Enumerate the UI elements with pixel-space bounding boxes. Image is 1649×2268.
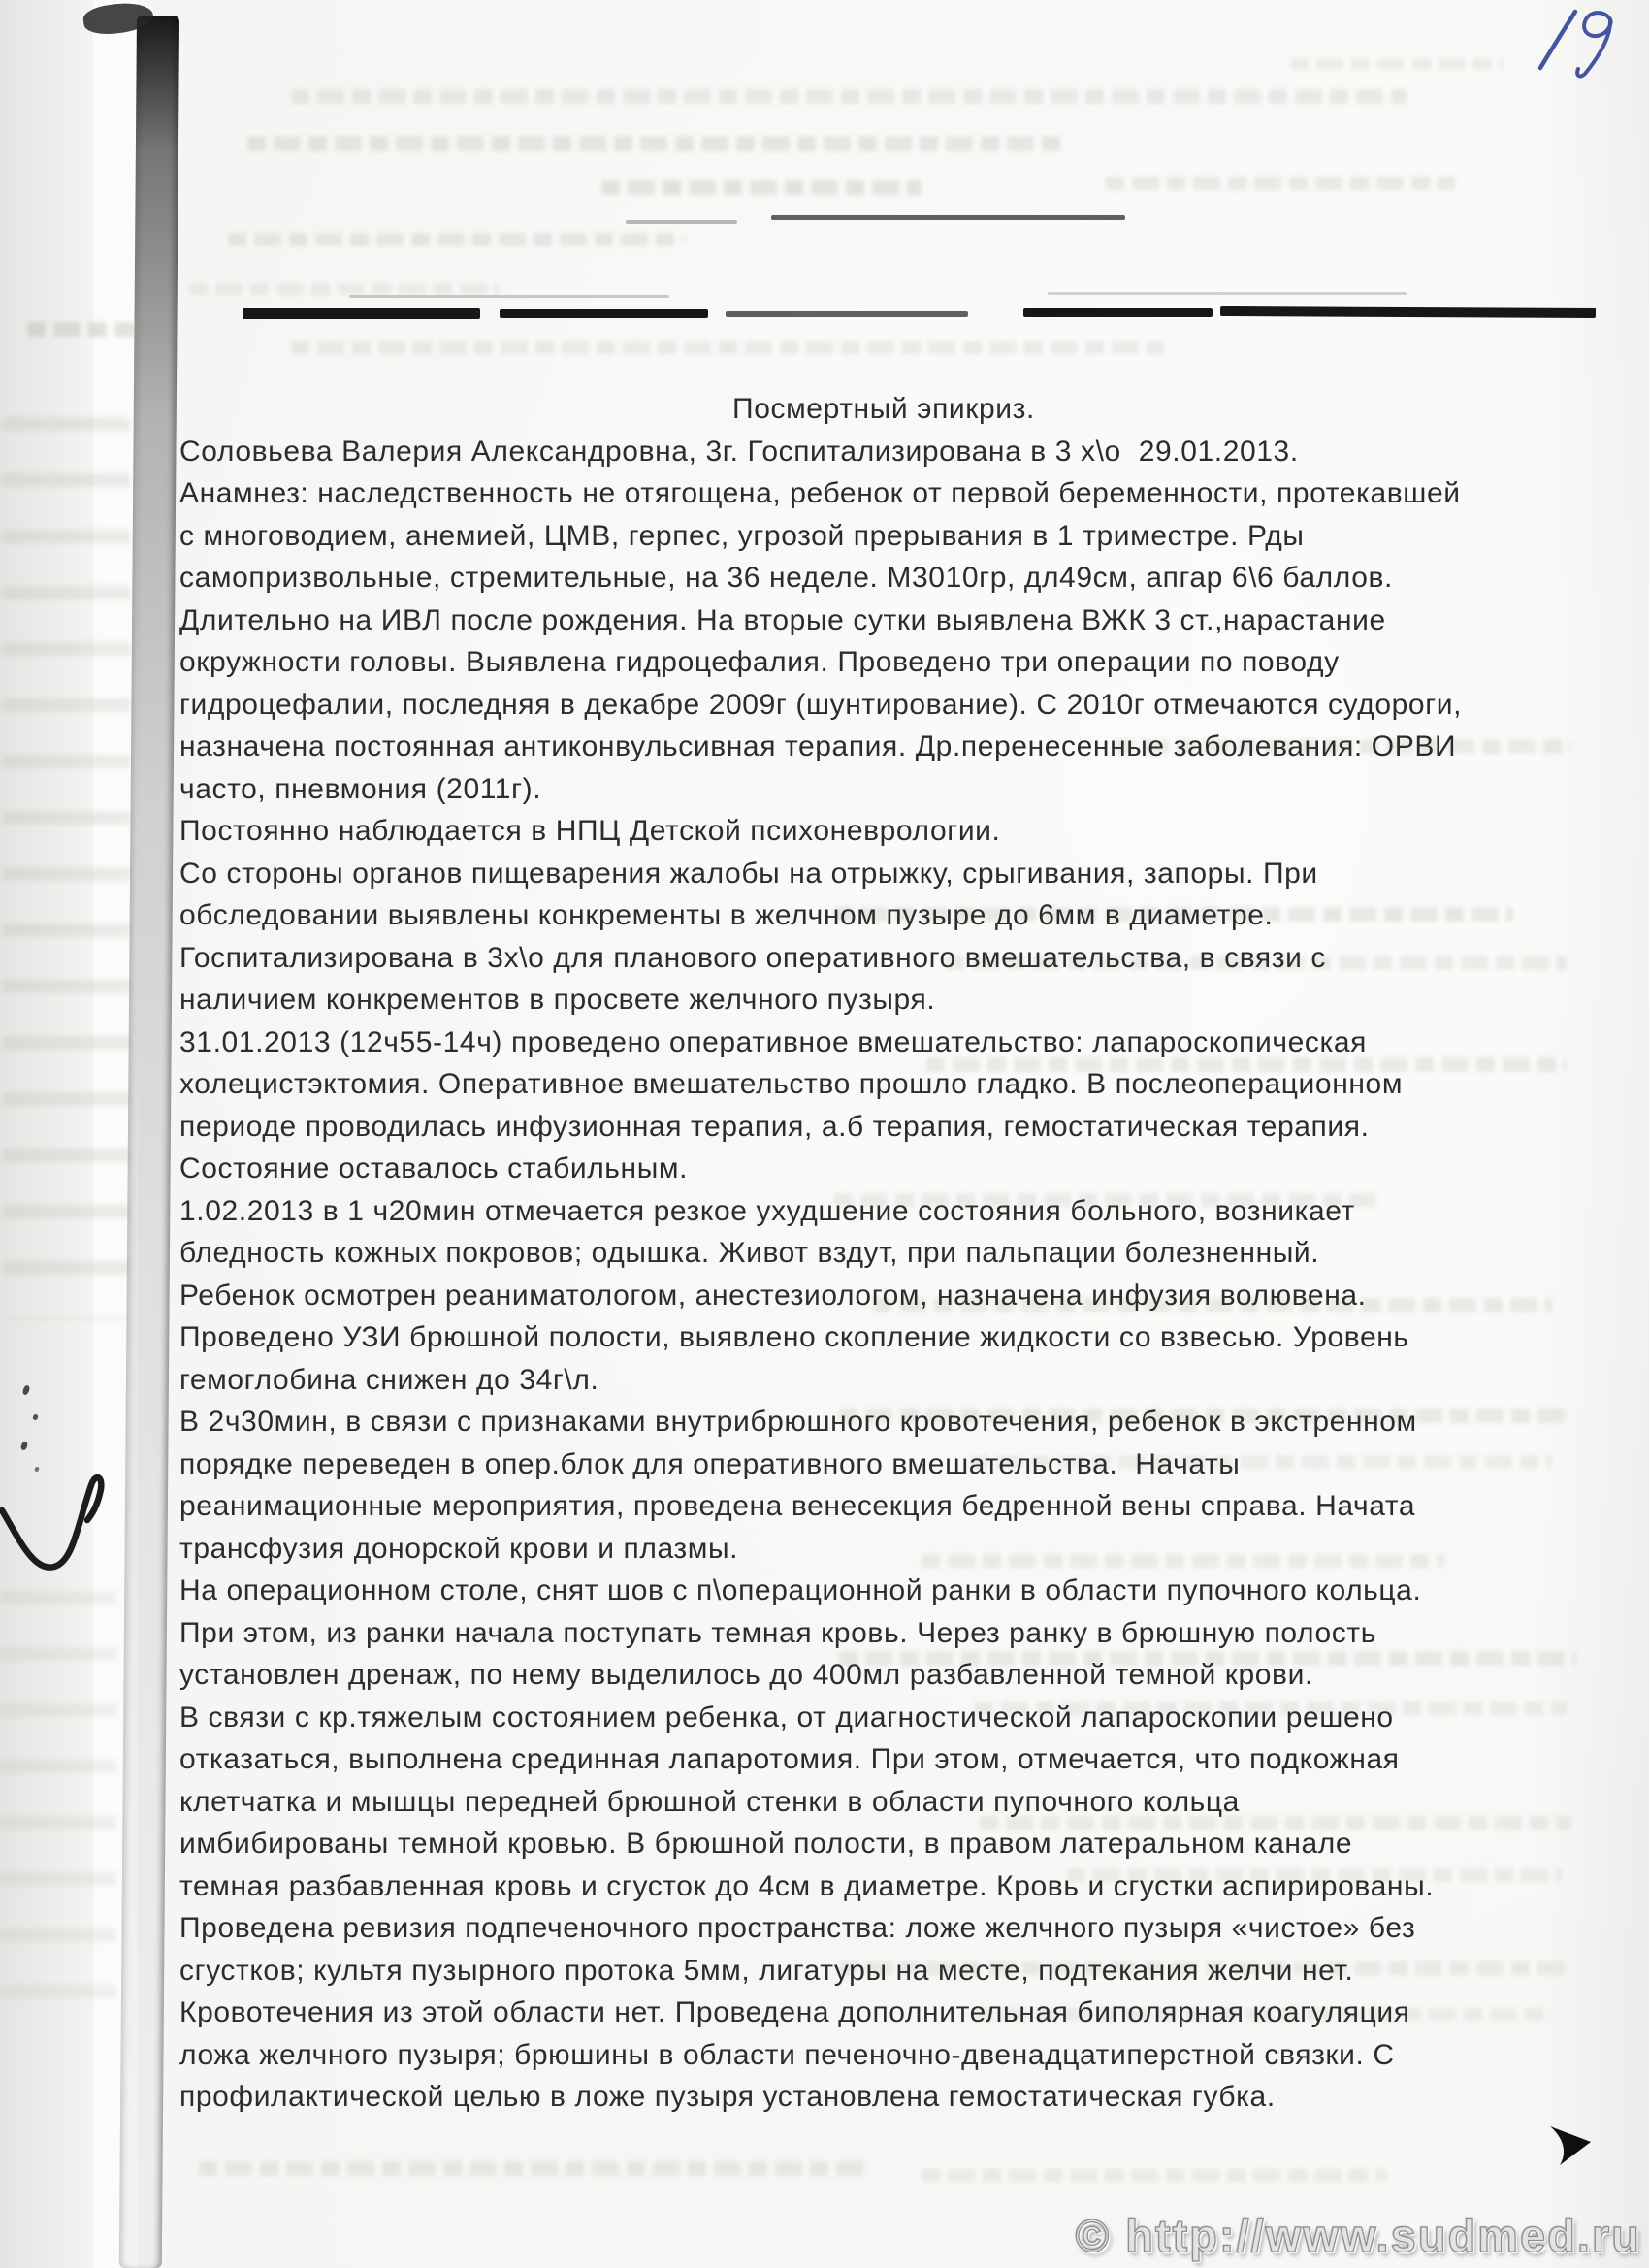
scanner-line-artifact [349, 295, 669, 298]
text-line: гидроцефалии, последняя в декабре 2009г … [179, 684, 1588, 727]
bleedthrough-smudge [921, 2169, 1387, 2182]
text-line: Ребенок осмотрен реаниматологом, анестез… [179, 1275, 1588, 1317]
text-line: 31.01.2013 (12ч55-14ч) проведено операти… [179, 1021, 1588, 1064]
text-line: клетчатка и мышцы передней брюшной стенк… [179, 1781, 1588, 1824]
scanner-line-artifact [500, 309, 708, 318]
text-line: Соловьева Валерия Александровна, 3г. Гос… [179, 431, 1588, 473]
handwritten-mark-stroke [0, 1460, 126, 1586]
bleedthrough-smudge [199, 2161, 868, 2176]
text-line: бледность кожных покровов; одышка. Живот… [179, 1232, 1588, 1275]
text-line: гемоглобина снижен до 34г\л. [179, 1359, 1588, 1402]
text-line: При этом, из ранки начала поступать темн… [179, 1612, 1588, 1655]
scanner-line-artifact [626, 220, 737, 224]
scanner-line-artifact [242, 308, 480, 319]
text-line: порядке переведен в опер.блок для операт… [179, 1443, 1588, 1486]
text-line: Анамнез: наследственность не отягощена, … [179, 472, 1588, 515]
text-line: 1.02.2013 в 1 ч20мин отмечается резкое у… [179, 1190, 1588, 1233]
scanner-line-artifact [1220, 306, 1596, 318]
text-line: Со стороны органов пищеварения жалобы на… [179, 853, 1588, 895]
text-line: обследовании выявлены конкременты в желч… [179, 894, 1588, 937]
text-line: периоде проводилась инфузионная терапия,… [179, 1106, 1588, 1149]
document-title: Посмертный эпикриз. [179, 388, 1588, 431]
text-line: установлен дренаж, по нему выделилось до… [179, 1654, 1588, 1697]
text-line: В 2ч30мин, в связи с признаками внутрибр… [179, 1401, 1588, 1443]
scanned-document-page: Посмертный эпикриз. Соловьева Валерия Ал… [0, 0, 1649, 2268]
watermark: © http://www.sudmed.ru [1076, 2209, 1641, 2262]
text-line: темная разбавленная кровь и сгусток до 4… [179, 1865, 1588, 1908]
bleedthrough-smudge [27, 322, 136, 337]
bleedthrough-smudge [291, 341, 1164, 354]
ink-speck [20, 1441, 29, 1451]
text-line: ложа желчного пузыря; брюшины в области … [179, 2034, 1588, 2077]
text-line: профилактической целью в ложе пузыря уст… [179, 2076, 1588, 2119]
text-line: наличием конкрементов в просвете желчног… [179, 979, 1588, 1021]
bleedthrough-smudge [247, 136, 1062, 151]
scanner-line-artifact [1023, 308, 1212, 317]
text-line: часто, пневмония (2011г). [179, 768, 1588, 811]
text-line: назначена постоянная антиконвульсивная т… [179, 726, 1588, 768]
bleedthrough-smudge [189, 283, 500, 295]
text-line: трансфузия донорской крови и плазмы. [179, 1528, 1588, 1571]
bleedthrough-smudge [291, 89, 1406, 104]
handwritten-page-number [1525, 6, 1632, 81]
bleedthrough-smudge [1106, 177, 1455, 190]
document-body: Посмертный эпикриз. Соловьева Валерия Ал… [179, 388, 1588, 2119]
text-line: Кровотечения из этой области нет. Провед… [179, 1992, 1588, 2034]
text-line: На операционном столе, снят шов с п\опер… [179, 1570, 1588, 1612]
bleedthrough-smudge [1290, 58, 1503, 70]
ink-speck [32, 1413, 39, 1420]
text-line: реанимационные мероприятия, проведена ве… [179, 1485, 1588, 1528]
text-line: В связи с кр.тяжелым состоянием ребенка,… [179, 1697, 1588, 1739]
handwritten-margin-mark [0, 1460, 126, 1586]
bleedthrough-smudge [601, 180, 921, 195]
arrowhead-shape [1548, 2121, 1597, 2169]
arrow-mark-icon [1548, 2121, 1597, 2169]
scanner-line-artifact [1048, 292, 1406, 295]
text-line: Проведено УЗИ брюшной полости, выявлено … [179, 1316, 1588, 1359]
text-line: сгустков; культя пузырного протока 5мм, … [179, 1950, 1588, 1993]
text-line: самопризвольные, стремительные, на 36 не… [179, 557, 1588, 599]
text-line: Госпитализирована в 3х\о для планового о… [179, 937, 1588, 980]
text-line: отказаться, выполнена срединная лапарото… [179, 1738, 1588, 1781]
bleedthrough-margin-column [0, 1591, 116, 1998]
scanner-line-artifact [726, 311, 968, 317]
text-line: Состояние оставалось стабильным. [179, 1148, 1588, 1190]
bleedthrough-smudge [228, 233, 684, 246]
text-line: Постоянно наблюдается в НПЦ Детской псих… [179, 810, 1588, 853]
text-line: с многоводием, анемией, ЦМВ, герпес, угр… [179, 515, 1588, 558]
text-line: имбибированы темной кровью. В брюшной по… [179, 1823, 1588, 1865]
bleedthrough-margin-column [2, 417, 130, 1319]
text-line: Проведена ревизия подпеченочного простра… [179, 1907, 1588, 1950]
scanner-line-artifact [771, 215, 1125, 220]
handwritten-19-strokes [1525, 6, 1632, 81]
document-paragraph: Соловьева Валерия Александровна, 3г. Гос… [179, 431, 1588, 2119]
ink-speck [21, 1384, 30, 1395]
text-line: холецистэктомия. Оперативное вмешательст… [179, 1063, 1588, 1106]
text-line: Длительно на ИВЛ после рождения. На втор… [179, 599, 1588, 642]
text-line: окружности головы. Выявлена гидроцефалия… [179, 641, 1588, 684]
